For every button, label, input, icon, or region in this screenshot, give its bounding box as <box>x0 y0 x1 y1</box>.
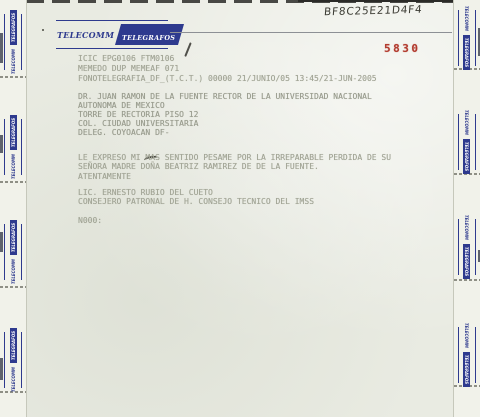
message-line: SEÑORA MADRE DOÑA BEATRIZ RAMIREZ DE DE … <box>78 162 319 171</box>
telegram-scan: TELECOMMTELEGRAFOS TELECOMMTELEGRAFOS TE… <box>0 0 480 417</box>
footer-code: N000: <box>78 216 102 225</box>
telegrafos-wordmark: TELEGRAFOS <box>10 115 17 150</box>
edge-brand-mark: TELECOMMTELEGRAFOS <box>4 119 22 175</box>
telecomm-wordmark: TELECOMM <box>465 6 470 31</box>
telegrafos-wordmark: TELEGRAFOS <box>464 244 471 279</box>
telegrafos-wordmark: TELEGRAFOS <box>464 35 471 70</box>
routing-line: FONOTELEGRAFIA_DF_(T.C.T.) 00000 21/JUNI… <box>78 74 377 83</box>
telegrafos-wordmark: TELEGRAFOS <box>464 352 471 387</box>
telecomm-wordmark: TELECOMM <box>11 367 16 392</box>
telecomm-wordmark: TELECOMM <box>11 154 16 179</box>
print-dot <box>42 29 44 31</box>
edge-ink-mark <box>0 33 3 63</box>
telegrafos-wordmark: TELEGRAFOS <box>10 10 17 45</box>
recipient-line: DELEG. COYOACAN DF- <box>78 128 170 137</box>
recipient-line: DR. JUAN RAMON DE LA FUENTE RECTOR DE LA… <box>78 92 372 101</box>
edge-brand-mark: TELECOMMTELEGRAFOS <box>458 114 476 170</box>
telecomm-wordmark: TELECOMM <box>11 259 16 284</box>
perforation-line <box>0 286 26 288</box>
telegrafos-wordmark: TELEGRAFOS <box>115 24 184 45</box>
telecomm-wordmark: TELECOMM <box>11 49 16 74</box>
perforation-line <box>0 181 26 183</box>
routing-line: ICIC EPG0106 FTM0106 <box>78 54 174 63</box>
pen-check-mark <box>184 42 191 56</box>
telecomm-wordmark: TELECOMM <box>465 323 470 348</box>
edge-ink-mark <box>0 232 3 252</box>
logo-rule-bottom <box>56 48 168 49</box>
signature-line: CONSEJERO PATRONAL DE H. CONSEJO TECNICO… <box>78 197 314 206</box>
edge-ink-mark <box>0 135 3 153</box>
message-line: ATENTAMENTE <box>78 172 131 181</box>
edge-brand-mark: TELECOMMTELEGRAFOS <box>458 10 476 66</box>
telecomm-wordmark: TELECOMM <box>465 215 470 240</box>
telecomm-wordmark: TELECOMM <box>465 110 470 135</box>
handwritten-code: BF8C25E21D4F4 <box>324 4 423 19</box>
edge-brand-mark: TELECOMMTELEGRAFOS <box>4 332 22 388</box>
edge-brand-mark: TELECOMMTELEGRAFOS <box>458 219 476 275</box>
recipient-line: AUTONOMA DE MEXICO <box>78 101 165 110</box>
routing-line: MEMEDO DUP MEMEAF 071 <box>78 64 179 73</box>
edge-brand-mark: TELECOMMTELEGRAFOS <box>458 327 476 383</box>
telegrafos-wordmark: TELEGRAFOS <box>464 139 471 174</box>
telegrafos-wordmark: TELEGRAFOS <box>10 328 17 363</box>
edge-brand-mark: TELECOMMTELEGRAFOS <box>4 224 22 280</box>
telecomm-telegrafos-logo: TELECOMM TELEGRAFOS <box>56 20 168 49</box>
perforation-line <box>454 279 480 281</box>
header-rule <box>170 32 452 33</box>
serial-stamp: 5830 <box>384 42 421 55</box>
signature-line: LIC. ERNESTO RUBIO DEL CUETO <box>78 188 213 197</box>
telecomm-wordmark: TELECOMM <box>57 30 114 40</box>
edge-ink-mark <box>0 358 3 380</box>
recipient-line: TORRE DE RECTORIA PISO 12 <box>78 110 198 119</box>
recipient-line: COL. CIUDAD UNIVERSITARIA <box>78 119 198 128</box>
edge-brand-mark: TELECOMMTELEGRAFOS <box>4 14 22 70</box>
telegrafos-wordmark: TELEGRAFOS <box>10 220 17 255</box>
perforation-line <box>0 76 26 78</box>
message-line: LE EXPRESO MI MAS SENTIDO PESAME POR LA … <box>78 153 391 162</box>
